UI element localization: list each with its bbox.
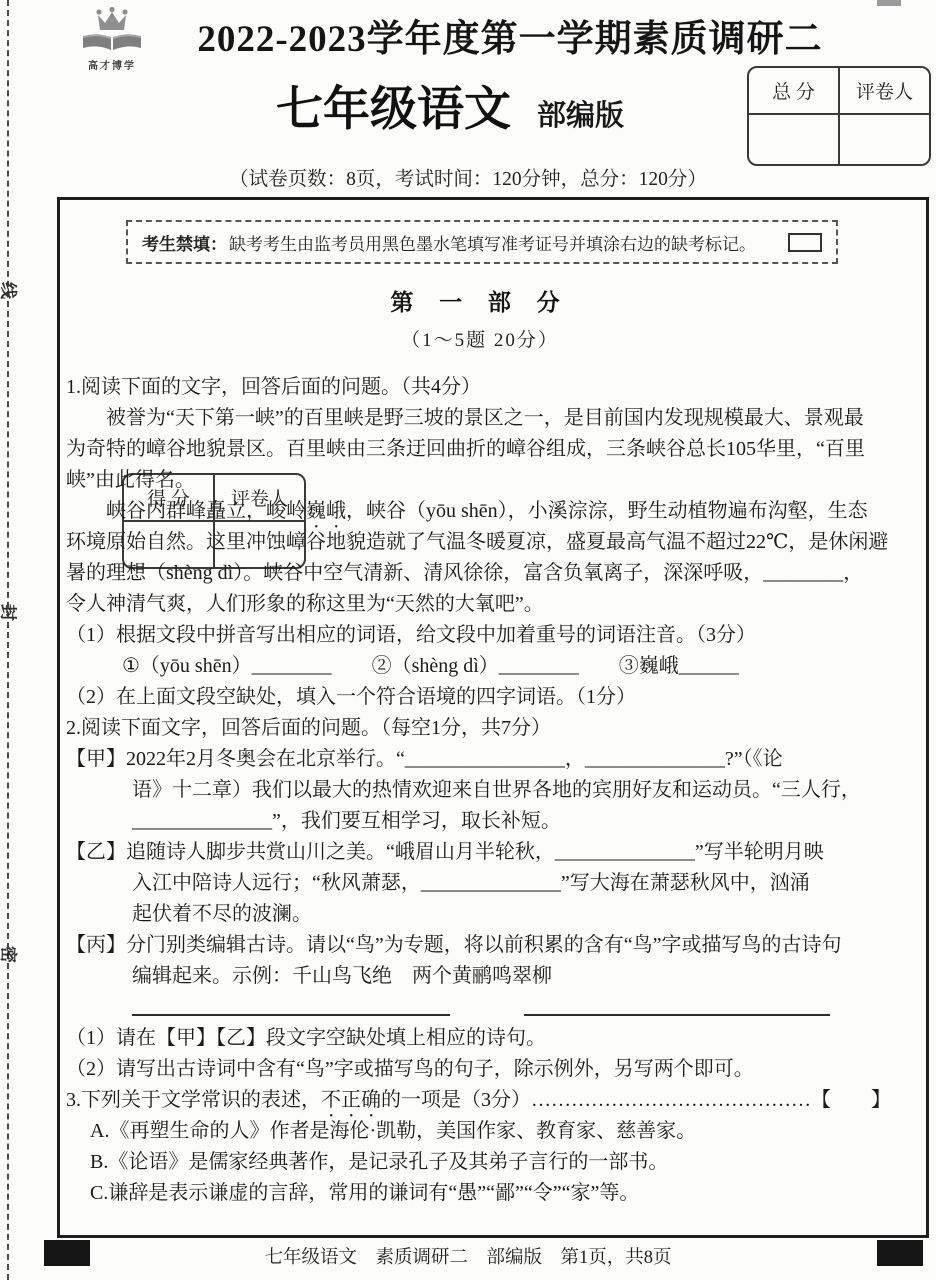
text-line: 2.阅读下面文字，回答后面的问题。（每空1分，共7分）: [66, 713, 922, 744]
seal-char-feng: 封: [0, 601, 23, 625]
text-line: ①（yōu shēn）________ ②（shèng dì）________ …: [66, 651, 922, 682]
subject-row: 七年级语文 部编版: [150, 72, 750, 139]
notice-box: 考生禁填： 缺考考生由监考员用黑色墨水笔填写准考证号并填涂右边的缺考标记。: [126, 220, 838, 264]
text-line: 语》十二章）我们以最大的热情欢迎来自世界各地的宾朋好友和运动员。“三人行，: [66, 775, 922, 806]
text-line: 峡”由此得名。: [66, 465, 922, 496]
absent-mark-checkbox: [788, 233, 822, 252]
exam-paper-page: 线 封 密 高才博学 2022-2023学年度第一学期素质调研二 七年级语文 部…: [0, 0, 936, 1280]
total-score-label: 总 分: [749, 68, 838, 113]
text-line: 峡谷内群峰矗立，峻岭巍峨，峡谷（yōu shēn），小溪淙淙，野生动植物遍布沟壑…: [66, 496, 922, 527]
text-line: ______________”，我们要互相学习，取长补短。: [66, 806, 922, 837]
text-line: 为奇特的嶂谷地貌景区。百里峡由三条迂回曲折的嶂谷组成，三条峡谷总长105华里，“…: [66, 434, 922, 465]
text-line: （1）根据文段中拼音写出相应的词语，给文段中加着重号的词语注音。（3分）: [66, 620, 922, 651]
body-lines: 1.阅读下面的文字，回答后面的问题。（共4分）被誉为“天下第一峡”的百里峡是野三…: [66, 372, 922, 1209]
text-line: 起伏着不尽的波澜。: [66, 899, 922, 930]
edition-label: 部编版: [537, 93, 624, 134]
text-line: 【甲】2022年2月冬奥会在北京举行。“________________，___…: [66, 744, 922, 775]
notice-label: 考生禁填：: [142, 230, 227, 255]
text-line: B.《论语》是儒家经典著作，是记录孔子及其弟子言行的一部书。: [66, 1147, 922, 1178]
text-line: A.《再塑生命的人》作者是海伦·凯勒，美国作家、教育家、慈善家。: [66, 1116, 922, 1147]
text-line: 被誉为“天下第一峡”的百里峡是野三坡的景区之一，是目前国内发现规模最大、景观最: [66, 403, 922, 434]
section-heading: 第 一 部 分 （1～5题 20分）: [255, 284, 705, 352]
text-line: （2）请写出古诗词中含有“鸟”字或描写鸟的句子，除示例外，另写两个即可。: [66, 1054, 922, 1085]
subject-title: 七年级语文: [276, 72, 511, 139]
answer-blank-line: [66, 992, 922, 1023]
seal-dashed-line: [7, 0, 9, 1280]
text-line: （1）请在【甲】【乙】段文字空缺处填上相应的诗句。: [66, 1023, 922, 1054]
main-content-border: 考生禁填： 缺考考生由监考员用黑色墨水笔填写准考证号并填涂右边的缺考标记。 得 …: [57, 197, 929, 1238]
text-line: 入江中陪诗人远行；“秋风萧瑟，______________”写大海在萧瑟秋风中，…: [66, 868, 922, 899]
seal-char-xian: 线: [0, 279, 23, 303]
seal-char-mi: 密: [0, 943, 23, 967]
page-title: 2022-2023学年度第一学期素质调研二: [140, 8, 880, 62]
text-line: 【丙】分门别类编辑古诗。请以“鸟”为专题，将以前积累的含有“鸟”字或描写鸟的古诗…: [66, 930, 922, 961]
text-line: 令人神清气爽，人们形象的称这里为“天然的大氧吧”。: [66, 589, 922, 620]
notice-text: 缺考考生由监考员用黑色墨水笔填写准考证号并填涂右边的缺考标记。: [229, 230, 756, 255]
text-line: 【乙】追随诗人脚步共赏山川之美。“峨眉山月半轮秋，______________”…: [66, 837, 922, 868]
answer-blank: [132, 992, 450, 1016]
section-subtitle: （1～5题 20分）: [255, 325, 705, 352]
footer-text: 七年级语文 素质调研二 部编版 第1页，共8页: [0, 1243, 936, 1269]
exam-info: （试卷页数：8页，考试时间：120分钟，总分：120分）: [0, 163, 936, 191]
text-line: 3.下列关于文学常识的表述，不正确的一项是（3分）……………………………………【…: [66, 1085, 922, 1116]
scan-smudge: [877, 0, 901, 6]
section-title: 第 一 部 分: [255, 284, 705, 317]
text-line: 1.阅读下面的文字，回答后面的问题。（共4分）: [66, 372, 922, 403]
text-line: 暑的理想（shèng dì）。峡谷中空气清新、清风徐徐，富含负氧离子，深深呼吸，…: [66, 558, 922, 589]
text-line: （2）在上面文段空缺处，填入一个符合语境的四字词语。（1分）: [66, 682, 922, 713]
answer-blank: [524, 992, 830, 1016]
text-line: 编辑起来。示例：千山鸟飞绝 两个黄鹂鸣翠柳: [66, 961, 922, 992]
total-score-table: 总 分 评卷人: [747, 66, 931, 166]
total-score-cell: 总 分: [749, 68, 838, 164]
crown-book-icon: [79, 6, 145, 52]
grader-cell: 评卷人: [838, 68, 929, 164]
text-line: 环境原始自然。这里冲蚀嶂谷地貌造就了气温冬暖夏凉，盛夏最高气温不超过22℃，是休…: [66, 527, 922, 558]
grader-label: 评卷人: [840, 68, 929, 113]
text-line: C.谦辞是表示谦虚的言辞，常用的谦词有“愚”“鄙”“令”“家”等。: [66, 1178, 922, 1209]
